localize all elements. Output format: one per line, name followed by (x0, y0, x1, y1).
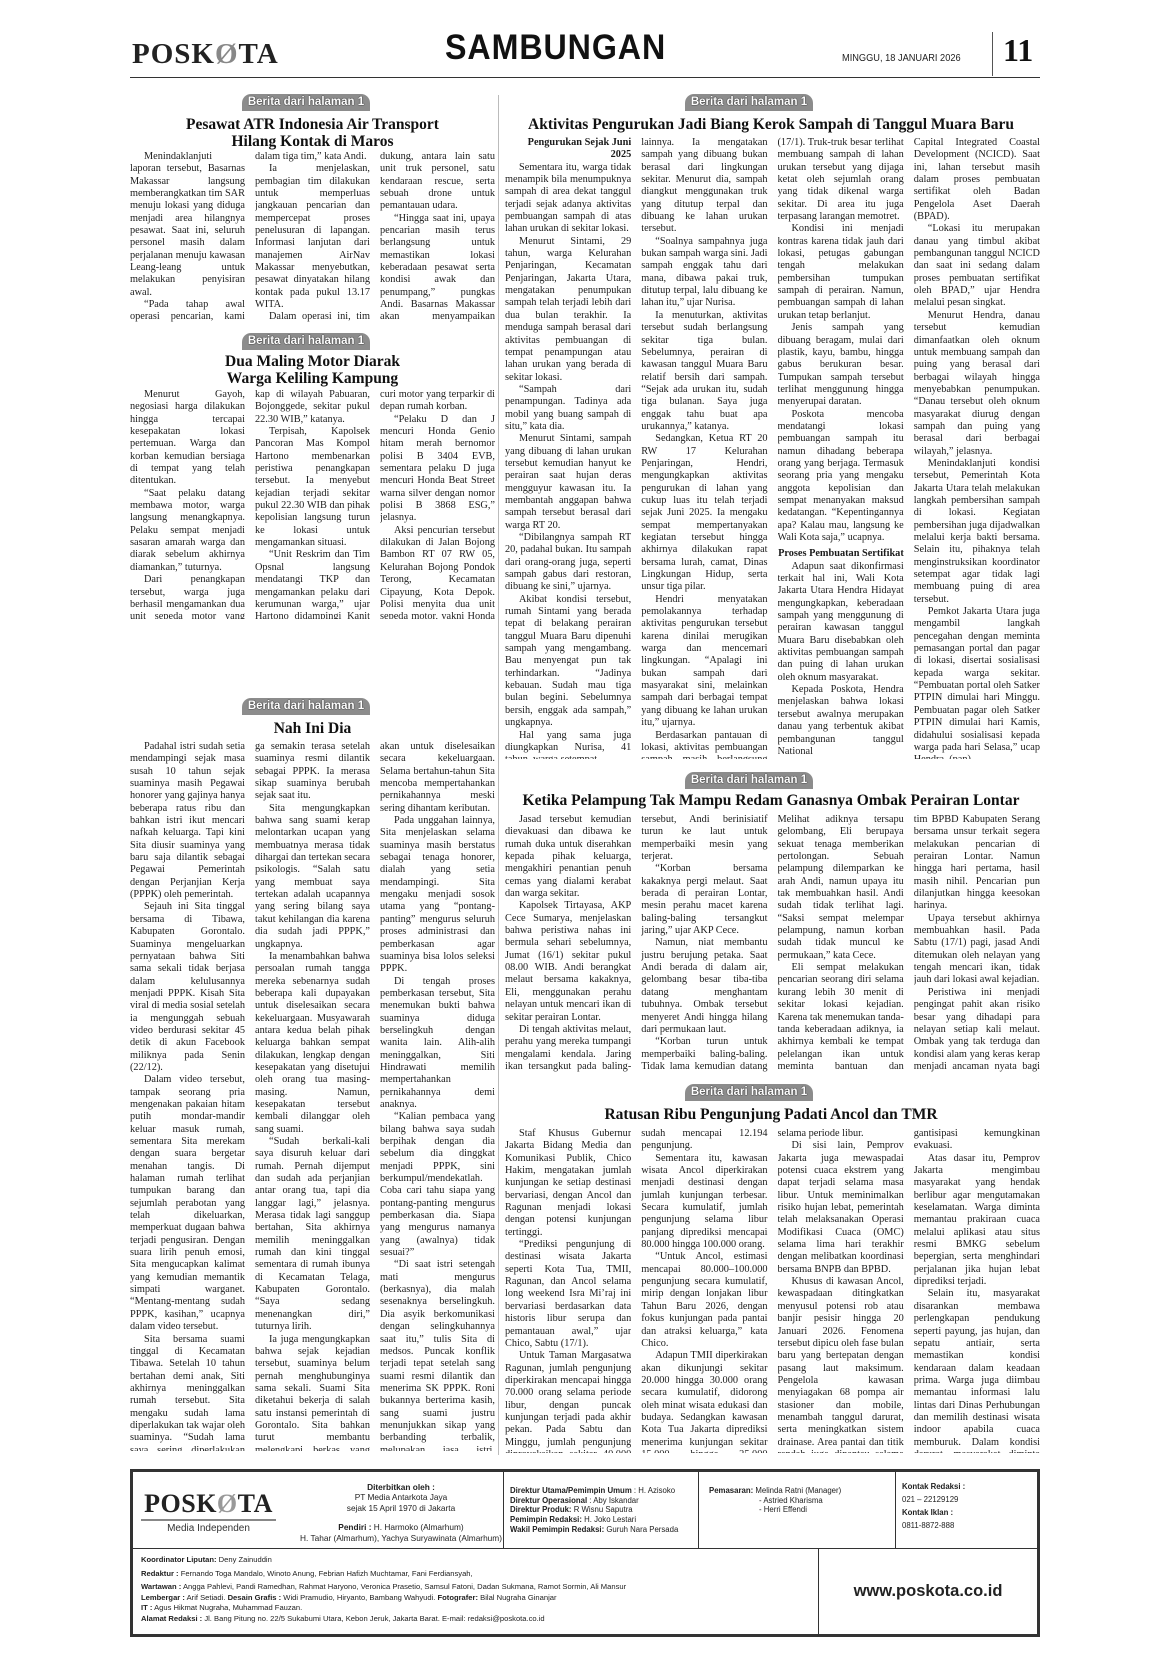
article-paragraph: Ia menambahkan bahwa persoalan rumah tan… (255, 951, 370, 1136)
marketing-manager: Melinda Ratni (Manager) (755, 1486, 841, 1495)
director-row: Pemimpin Redaksi: H. Joko Lestari (510, 1515, 698, 1525)
article-paragraph: gantisipasi kemungkinan evakuasi. (914, 1128, 1040, 1153)
article-paragraph: Ia menuturkan, aktivitas tersebut sudah … (641, 310, 767, 433)
article-paragraph: Capital Integrated Coastal Development (… (914, 137, 1040, 223)
article-subheading: Proses Pembuatan Sertifikat (778, 548, 904, 560)
article-paragraph: Atas dasar itu, Pemprov Jakarta mengimba… (914, 1153, 1040, 1289)
continued-from-page-1-tab: Berita dari halaman 1 (242, 333, 370, 350)
footer-logo: POSKØTA Media Independen (141, 1489, 276, 1534)
article-paragraph: “Pelaku D dan J mencuri Honda Genio hita… (380, 414, 495, 525)
publisher-info-box: POSKØTA Media Independen Diterbitkan ole… (130, 1469, 1040, 1637)
headline-ancol: Ratusan Ribu Pengunjung Padati Ancol dan… (502, 1106, 1040, 1123)
article-paragraph: Eli sempat melakukan pencarian seorang d… (778, 962, 904, 1074)
article-paragraph: dalam tiga tim,” kata Andi. (255, 151, 370, 163)
article-column: akan untuk diselesaikan secara kekeluarg… (380, 741, 495, 1451)
director-row: Direktur Operasional : Aby Iskandar (510, 1496, 698, 1506)
continued-from-page-1-tab: Berita dari halaman 1 (242, 698, 370, 715)
article-paragraph: “Korban turun untuk memperbaiki baling-b… (641, 1036, 767, 1074)
founder-line-2: H. Tahar (Almarhum), Yachya Suryawinata … (291, 1533, 511, 1543)
article-paragraph: Melihat adiknya tersapu gelombang, Eli b… (778, 814, 904, 962)
article-body-pelampung: Jasad tersebut kemudian dievakuasi dan d… (505, 814, 1040, 1074)
publisher-info-top-row: POSKØTA Media Independen Diterbitkan ole… (133, 1472, 1037, 1549)
article-paragraph: (17/1). Truk-truk besar terlihat membuan… (778, 137, 904, 223)
article-paragraph: Hendri menyatakan pemolakannya terhadap … (641, 594, 767, 730)
article-paragraph: Sita mengungkapkan bahwa sang suami kera… (255, 803, 370, 951)
article-paragraph: Staf Khusus Gubernur Jakarta Bidang Medi… (505, 1128, 631, 1239)
article-column: Melihat adiknya tersapu gelombang, Eli b… (778, 814, 904, 1074)
address-row: Alamat Redaksi : Jl. Bang Pitung no. 22/… (141, 1614, 791, 1625)
marketing-staff: - Herri Effendi (709, 1505, 893, 1515)
article-paragraph: “Saat pelaku datang membawa motor, warga… (130, 488, 245, 574)
article-paragraph: Sementara itu, kawasan wisata Ancol dipe… (641, 1153, 767, 1252)
masthead: POSKØTA SAMBUNGAN MINGGU, 18 JANUARI 202… (130, 28, 1040, 78)
article-paragraph: Dalam video tersebut, tampak seorang pri… (130, 1074, 245, 1333)
article-paragraph: Selain itu, masyarakat disarankan membaw… (914, 1288, 1040, 1453)
headline-atr: Pesawat ATR Indonesia Air Transport Hila… (130, 116, 495, 150)
article-body-ancol: Staf Khusus Gubernur Jakarta Bidang Medi… (505, 1128, 1040, 1453)
article-paragraph: “Soalnya sampahnya juga bukan sampah war… (641, 236, 767, 310)
article-column: Capital Integrated Coastal Development (… (914, 137, 1040, 759)
poskota-logo: POSKØTA (132, 38, 279, 71)
article-paragraph: Menurut Hendra, danau tersebut kemudian … (914, 310, 1040, 458)
contact-editorial-phone: 021 – 22129129 (902, 1493, 1037, 1506)
article-paragraph: “Sudah berkali-kali saya disuruh keluar … (255, 1136, 370, 1334)
continued-from-page-1-tab: Berita dari halaman 1 (685, 1084, 813, 1101)
article-paragraph: kap di wilayah Pabuaran, Bojonggede, sek… (255, 389, 370, 426)
page-number: 11 (992, 32, 1033, 76)
article-paragraph: sudah mencapai 12.194 pengunjung. (641, 1128, 767, 1153)
article-paragraph: ga semakin terasa setelah suaminya resmi… (255, 741, 370, 803)
article-body-maling: Menurut Gayoh, negosiasi harga dilakukan… (130, 389, 495, 619)
article-column: gantisipasi kemungkinan evakuasi.Atas da… (914, 1128, 1040, 1453)
article-paragraph: “Hingga saat ini, upaya pencarian masih … (380, 213, 495, 325)
article-paragraph: “Unit Reskrim dan Tim Opsnal langsung me… (255, 549, 370, 619)
director-row: Wakil Pemimpin Redaksi: Guruh Nara Persa… (510, 1525, 698, 1535)
director-row: Direktur Produk: R Wisnu Saputra (510, 1505, 698, 1515)
article-paragraph: Sejauh ini Sita tinggal bersama di Tibaw… (130, 901, 245, 1074)
article-paragraph: Khusus di kawasan Ancol, kewaspadaan dit… (778, 1276, 904, 1453)
article-paragraph: Menindaklanjuti laporan tersebut, Basarn… (130, 151, 245, 299)
continued-from-page-1-tab: Berita dari halaman 1 (685, 772, 813, 789)
article-paragraph: “Korban bersama kakaknya pergi melaut. S… (641, 863, 767, 937)
footer-logo-wordmark: POSKØTA (141, 1489, 276, 1521)
article-paragraph: Untuk Taman Margasatwa Ragunan, jumlah p… (505, 1350, 631, 1453)
article-column: lainnya. Ia mengatakan sampah yang dibua… (641, 137, 767, 759)
publisher-name: PT Media Antarkota Jaya (291, 1492, 511, 1502)
article-body-sampah: Pengurukan Sejak Juni 2025Sementara itu,… (505, 137, 1040, 759)
article-column: selama periode libur.Di sisi lain, Pempr… (778, 1128, 904, 1453)
article-column: dukung, antara lain satu unit truk perso… (380, 151, 495, 325)
staff-row: Koordinator Liputan: Deny Zainuddin (141, 1555, 791, 1566)
contact-block: Kontak Redaksi : 021 – 22129129 Kontak I… (895, 1472, 1037, 1549)
article-paragraph: selama periode libur. (778, 1128, 904, 1140)
article-paragraph: Aksi pencurian tersebut dilakukan di Jal… (380, 525, 495, 619)
article-paragraph: Pemkot Jakarta Utara juga mengambil lang… (914, 606, 1040, 759)
article-paragraph: Kondisi ini menjadi kontras karena tidak… (778, 223, 904, 322)
article-paragraph: dukung, antara lain satu unit truk perso… (380, 151, 495, 213)
article-paragraph: Ia juga mengungkapkan bahwa sejak kejadi… (255, 1334, 370, 1452)
marketing-staff: - Astried Kharisma (709, 1496, 893, 1506)
continued-from-page-1-tab: Berita dari halaman 1 (242, 94, 370, 111)
article-paragraph: Jasad tersebut kemudian dievakuasi dan d… (505, 814, 631, 900)
article-paragraph: Kapolsek Tirtayasa, AKP Cece Sumarya, me… (505, 900, 631, 1023)
article-column: Staf Khusus Gubernur Jakarta Bidang Medi… (505, 1128, 631, 1453)
publisher-since: sejak 15 April 1970 di Jakarta (291, 1503, 511, 1513)
article-paragraph: Di sisi lain, Pemprov Jakarta juga mewas… (778, 1140, 904, 1276)
marketing-label: Pemasaran: (709, 1486, 753, 1495)
article-paragraph: Di tengah proses pemberkasan tersebut, S… (380, 976, 495, 1112)
article-paragraph: “Kalian pembaca yang bilang bahwa saya s… (380, 1111, 495, 1259)
article-paragraph: Pada unggahan lainnya, Sita menjelaskan … (380, 815, 495, 975)
article-paragraph: tim BPBD Kabupaten Serang bersama unsur … (914, 814, 1040, 913)
publisher-info-bottom-row: Koordinator Liputan: Deny Zainuddin Reda… (133, 1549, 1037, 1634)
contact-editorial-label: Kontak Redaksi : (902, 1482, 965, 1491)
article-subheading: Pengurukan Sejak Juni 2025 (505, 137, 631, 162)
article-paragraph: Sedangkan, Ketua RT 20 RW 17 Kelurahan P… (641, 433, 767, 593)
article-column: tim BPBD Kabupaten Serang bersama unsur … (914, 814, 1040, 1074)
article-paragraph: Kepada Poskota, Hendra menjelaskan bahwa… (778, 684, 904, 758)
headline-sampah: Aktivitas Pengurukan Jadi Biang Kerok Sa… (502, 116, 1040, 133)
staff-row: Lembergar : Arif Setiadi. Desain Grafis … (141, 1593, 791, 1604)
staff-credits: Koordinator Liputan: Deny Zainuddin Reda… (141, 1555, 791, 1624)
published-by-label: Diterbitkan oleh : (367, 1482, 435, 1492)
article-paragraph: Jenis sampah yang dibuang beragam, mulai… (778, 322, 904, 408)
article-column: Pengurukan Sejak Juni 2025Sementara itu,… (505, 137, 631, 759)
article-column: (17/1). Truk-truk besar terlihat membuan… (778, 137, 904, 759)
article-paragraph: “Lokasi itu merupakan danau yang timbul … (914, 223, 1040, 309)
article-paragraph: curi motor yang terparkir di depan rumah… (380, 389, 495, 414)
article-paragraph: Menurut Sintami, 29 tahun, warga Kelurah… (505, 236, 631, 384)
article-paragraph: Adapun saat dikonfirmasi terkait hal ini… (778, 561, 904, 684)
founder-line-1: H. Harmoko (Almarhum) (374, 1522, 464, 1532)
headline-nah-ini-dia: Nah Ini Dia (130, 720, 495, 737)
article-column: Jasad tersebut kemudian dievakuasi dan d… (505, 814, 631, 1074)
continued-from-page-1-tab: Berita dari halaman 1 (685, 94, 813, 111)
article-body-atr: Menindaklanjuti laporan tersebut, Basarn… (130, 151, 495, 325)
article-paragraph: lainnya. Ia mengatakan sampah yang dibua… (641, 137, 767, 236)
article-paragraph: Dari penangkapan tersebut, warga juga be… (130, 574, 245, 619)
article-column: Menindaklanjuti laporan tersebut, Basarn… (130, 151, 245, 325)
newspaper-page: POSKØTA SAMBUNGAN MINGGU, 18 JANUARI 202… (130, 0, 1040, 1654)
article-paragraph: Ia menjelaskan, pembagian tim dilakukan … (255, 163, 370, 311)
article-paragraph: Berdasarkan pantauan di lokasi, aktivita… (641, 730, 767, 760)
article-paragraph: Menindaklanjuti kondisi tersebut, Pemeri… (914, 458, 1040, 606)
article-paragraph: Peristiwa ini menjadi pengingat pahit ak… (914, 987, 1040, 1074)
article-paragraph: Terpisah, Kapolsek Pancoran Mas Kompol H… (255, 426, 370, 549)
article-paragraph: Hal yang sama juga diungkapkan Nurisa, 4… (505, 730, 631, 760)
staff-row: Wartawan : Angga Pahlevi, Pandi Ramedhan… (141, 1582, 791, 1593)
article-column: ga semakin terasa setelah suaminya resmi… (255, 741, 370, 1451)
staff-row: IT : Agus Hikmat Nugraha, Muhammad Fauza… (141, 1603, 791, 1614)
column-divider (498, 95, 499, 1455)
article-paragraph: Upaya tersebut akhirnya membuahkan hasil… (914, 913, 1040, 987)
staff-row: Redaktur : Fernando Toga Mandalo, Winoto… (141, 1569, 791, 1580)
article-paragraph: “Dibilangnya sampah RT 20, padahal bukan… (505, 532, 631, 594)
contact-ads-label: Kontak Iklan : (902, 1508, 953, 1517)
director-row: Direktur Utama/Pemimpin Umum : H. Azisok… (510, 1486, 698, 1496)
article-paragraph: “Di saat istri setengah mati mengurus (b… (380, 1259, 495, 1451)
article-paragraph: tersebut, Andi berinisiatif turun ke lau… (641, 814, 767, 863)
article-paragraph: akan untuk diselesaikan secara kekeluarg… (380, 741, 495, 815)
article-paragraph: Padahal istri sudah setia mendampingi se… (130, 741, 245, 901)
footer-tagline: Media Independen (141, 1523, 276, 1534)
article-column: curi motor yang terparkir di depan rumah… (380, 389, 495, 619)
headline-pelampung: Ketika Pelampung Tak Mampu Redam Ganasny… (502, 792, 1040, 809)
article-paragraph: Menurut Sintami, sampah yang dibuang di … (505, 433, 631, 532)
article-column: sudah mencapai 12.194 pengunjung.Sementa… (641, 1128, 767, 1453)
contact-ads-phone: 0811-8872-888 (902, 1519, 1037, 1532)
headline-maling: Dua Maling Motor Diarak Warga Keliling K… (130, 353, 495, 387)
article-column: Padahal istri sudah setia mendampingi se… (130, 741, 245, 1451)
article-paragraph: Dalam operasi ini, tim SAR turut membawa… (255, 311, 370, 325)
article-body-nah-ini-dia: Padahal istri sudah setia mendampingi se… (130, 741, 495, 1451)
article-column: dalam tiga tim,” kata Andi.Ia menjelaska… (255, 151, 370, 325)
article-paragraph: “Prediksi pengunjung di destinasi wisata… (505, 1239, 631, 1350)
article-paragraph: Akibat kondisi tersebut, rumah Sintami y… (505, 594, 631, 730)
directors-block: Direktur Utama/Pemimpin Umum : H. Azisok… (503, 1472, 698, 1549)
article-paragraph: “Untuk Ancol, estimasi mencapai 80.000–1… (641, 1251, 767, 1350)
article-paragraph: Sita bersama suami tinggal di Kecamatan … (130, 1334, 245, 1452)
founder-label: Pendiri : (338, 1522, 371, 1532)
publisher-block: Diterbitkan oleh : PT Media Antarkota Ja… (291, 1482, 511, 1543)
article-column: kap di wilayah Pabuaran, Bojonggede, sek… (255, 389, 370, 619)
article-paragraph: Di tengah aktivitas melaut, perahu yang … (505, 1024, 631, 1074)
article-column: tersebut, Andi berinisiatif turun ke lau… (641, 814, 767, 1074)
article-paragraph: Menurut Gayoh, negosiasi harga dilakukan… (130, 389, 245, 488)
issue-date: MINGGU, 18 JANUARI 2026 (842, 52, 961, 64)
article-column: Menurut Gayoh, negosiasi harga dilakukan… (130, 389, 245, 619)
article-paragraph: Poskota mencoba mendatangi lokasi pembua… (778, 409, 904, 545)
article-paragraph: “Sampah dari penampungan. Tadinya ada mo… (505, 384, 631, 433)
marketing-block: Pemasaran: Melinda Ratni (Manager) - Ast… (698, 1472, 893, 1549)
article-paragraph: Sementara itu, warga tidak menampik bila… (505, 162, 631, 236)
section-title: SAMBUNGAN (445, 28, 666, 68)
website-link[interactable]: www.poskota.co.id (818, 1549, 1037, 1634)
article-paragraph: Namun, niat membantu justru berujung pet… (641, 937, 767, 1036)
article-paragraph: “Pada tahap awal operasi pencarian, kami… (130, 299, 245, 325)
article-paragraph: Adapun TMII diperkirakan akan dikunjungi… (641, 1350, 767, 1453)
